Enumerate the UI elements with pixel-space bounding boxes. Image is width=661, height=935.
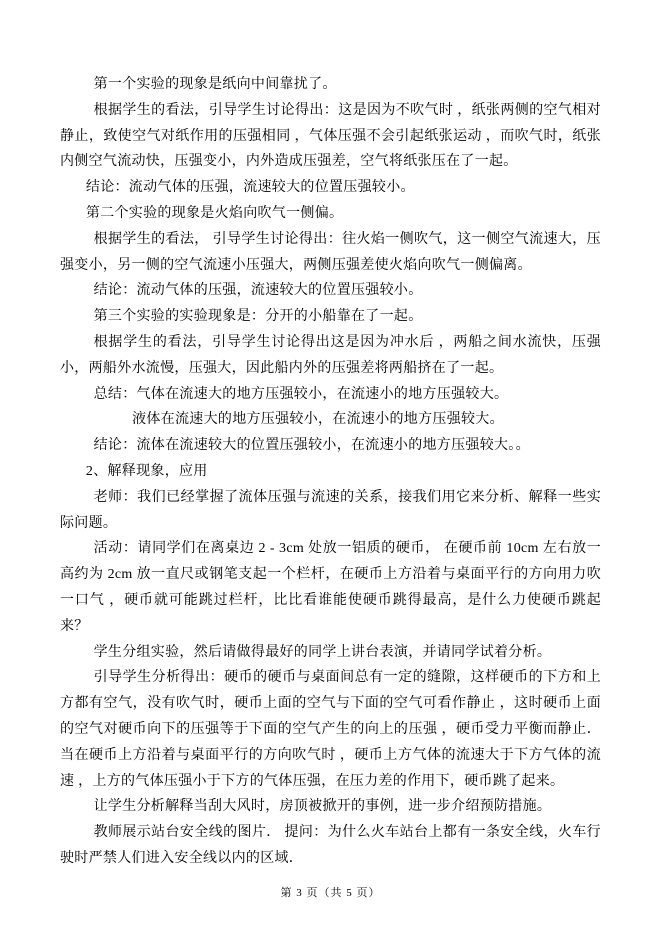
paragraph: 根据学生的看法，引导学生讨论得出：这是因为不吹气时 ，纸张两侧的空气相对静止，致… [60, 98, 601, 175]
paragraph: 活动：请同学们在离桌边 2 - 3cm 处放一铝质的硬币， 在硬币前 10cm … [60, 536, 601, 639]
paragraph: 结论：流体在流速较大的位置压强较小，在流速小的地方压强较大。。 [60, 433, 601, 459]
paragraph: 结论：流动气体的压强，流速较大的位置压强较小。 [60, 278, 601, 304]
paragraph: 根据学生的看法，引导学生讨论得出这是因为冲水后 ，两船之间水流快，压强小，两船外… [60, 330, 601, 382]
document-body: 第一个实验的现象是纸向中间靠扰了。根据学生的看法，引导学生讨论得出：这是因为不吹… [60, 72, 601, 872]
paragraph: 第二个实验的现象是火焰向吹气一侧偏。 [60, 201, 601, 227]
paragraph: 教师展示站台安全线的图片． 提问：为什么火车站台上都有一条安全线，火车行驶时严禁… [60, 820, 601, 872]
paragraph: 结论：流动气体的压强，流速较大的位置压强较小。 [60, 175, 601, 201]
paragraph: 总结：气体在流速大的地方压强较小，在流速小的地方压强较大。 [60, 382, 601, 408]
document-page: 第一个实验的现象是纸向中间靠扰了。根据学生的看法，引导学生讨论得出：这是因为不吹… [0, 0, 661, 935]
paragraph: 引导学生分析得出：硬币的硬币与桌面间总有一定的缝隙，这样硬币的下方和上方都有空气… [60, 665, 601, 794]
paragraph: 学生分组实验，然后请做得最好的同学上讲台表演，并请同学试着分析。 [60, 640, 601, 666]
paragraph: 液体在流速大的地方压强较小，在流速小的地方压强较大。 [60, 407, 601, 433]
paragraph: 第一个实验的现象是纸向中间靠扰了。 [60, 72, 601, 98]
paragraph: 让学生分析解释当刮大风时，房顶被掀开的事例，进一步介绍预防措施。 [60, 794, 601, 820]
page-number-footer: 第 3 页（共 5 页） [0, 884, 661, 900]
paragraph: 2、解释现象，应用 [60, 459, 601, 485]
paragraph: 根据学生的看法， 引导学生讨论得出：往火焰一侧吹气，这一侧空气流速大，压强变小，… [60, 227, 601, 279]
paragraph: 老师：我们已经掌握了流体压强与流速的关系，接我们用它来分析、解释一些实际问题。 [60, 485, 601, 537]
paragraph: 第三个实验的实验现象是：分开的小船靠在了一起。 [60, 304, 601, 330]
